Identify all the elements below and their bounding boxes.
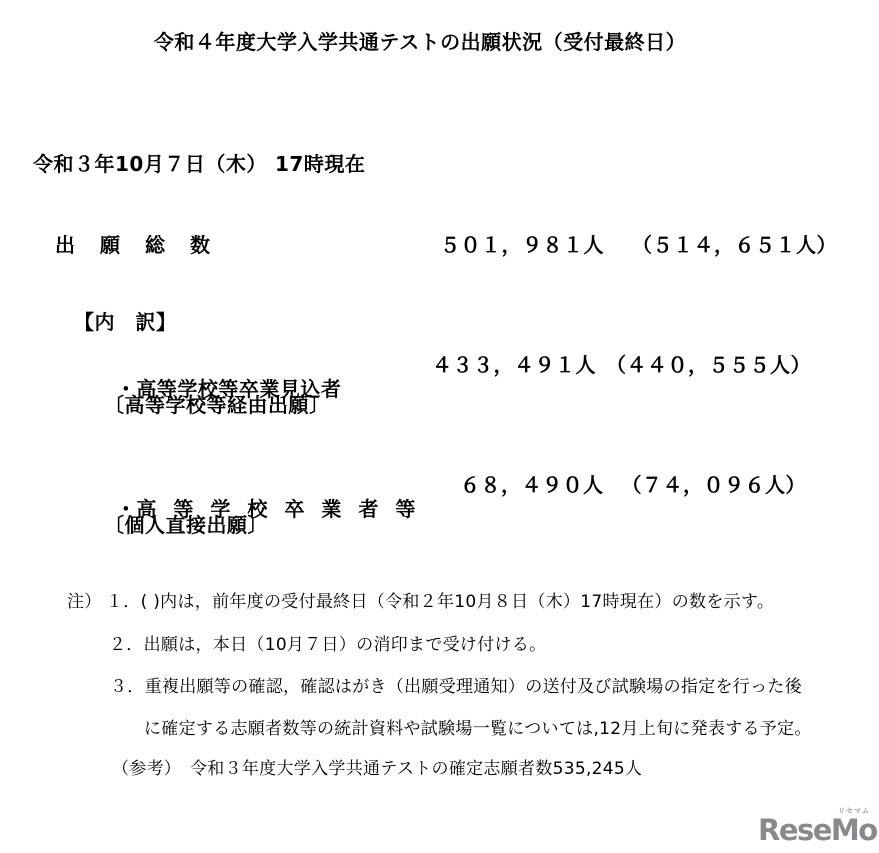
time-label: 17時現在 (275, 152, 365, 176)
date-label: 令和３年10月７日（木） (33, 152, 267, 176)
resemom-logo-wordmark: ReseMom. (758, 813, 879, 847)
total-applicants-values: ５０１，９８１人 （５１４，６５１人） (440, 233, 837, 257)
breakdown-item-2-previous: （７４，０９６人） (622, 473, 807, 497)
page-title: 令和４年度大学入学共通テストの出願状況（受付最終日） (0, 30, 840, 54)
breakdown-item-1-value: ４３３，４９１人 (432, 353, 596, 377)
reference-note: （参考） 令和３年度大学入学共通テストの確定志願者数535,245人 (112, 759, 642, 779)
note-1: １．( )内は，前年度の受付最終日（令和２年10月８日（木）17時現在）の数を示… (106, 592, 774, 612)
note-3-continued: に確定する志願者数等の統計資料や試験場一覧については,12月上旬に発表する予定。 (144, 719, 812, 739)
total-applicants-label: 出願総数 (55, 233, 235, 257)
document-page: 令和４年度大学入学共通テストの出願状況（受付最終日） 令和３年10月７日（木） … (0, 0, 879, 853)
breakdown-item-1-values: ４３３，４９１人 （４４０，５５５人） (432, 353, 811, 377)
note-3: ３．重複出願等の確認，確認はがき（出願受理通知）の送付及び試験場の指定を行った後 (110, 677, 802, 697)
breakdown-item-1-previous: （４４０，５５５人） (606, 353, 811, 377)
breakdown-item-2-value: ６８，４９０人 (460, 473, 604, 497)
breakdown-heading: 【内 訳】 (74, 310, 177, 334)
breakdown-item-2-values: ６８，４９０人 （７４，０９６人） (460, 473, 806, 497)
breakdown-item-1-sub-label: 〔高等学校等経由出願〕 (104, 393, 330, 417)
resemom-logo: リセマム ReseMom. (758, 803, 876, 849)
note-2: ２．出願は，本日（10月７日）の消印まで受け付ける。 (109, 635, 546, 655)
notes-marker: 注） (67, 592, 102, 612)
total-applicants-value: ５０１，９８１人 (440, 233, 604, 257)
resemom-logo-text: ReseMom (758, 813, 879, 847)
breakdown-item-2-sub-label: 〔個人直接出願〕 (104, 513, 268, 537)
total-applicants-previous: （５１４，６５１人） (632, 233, 837, 257)
